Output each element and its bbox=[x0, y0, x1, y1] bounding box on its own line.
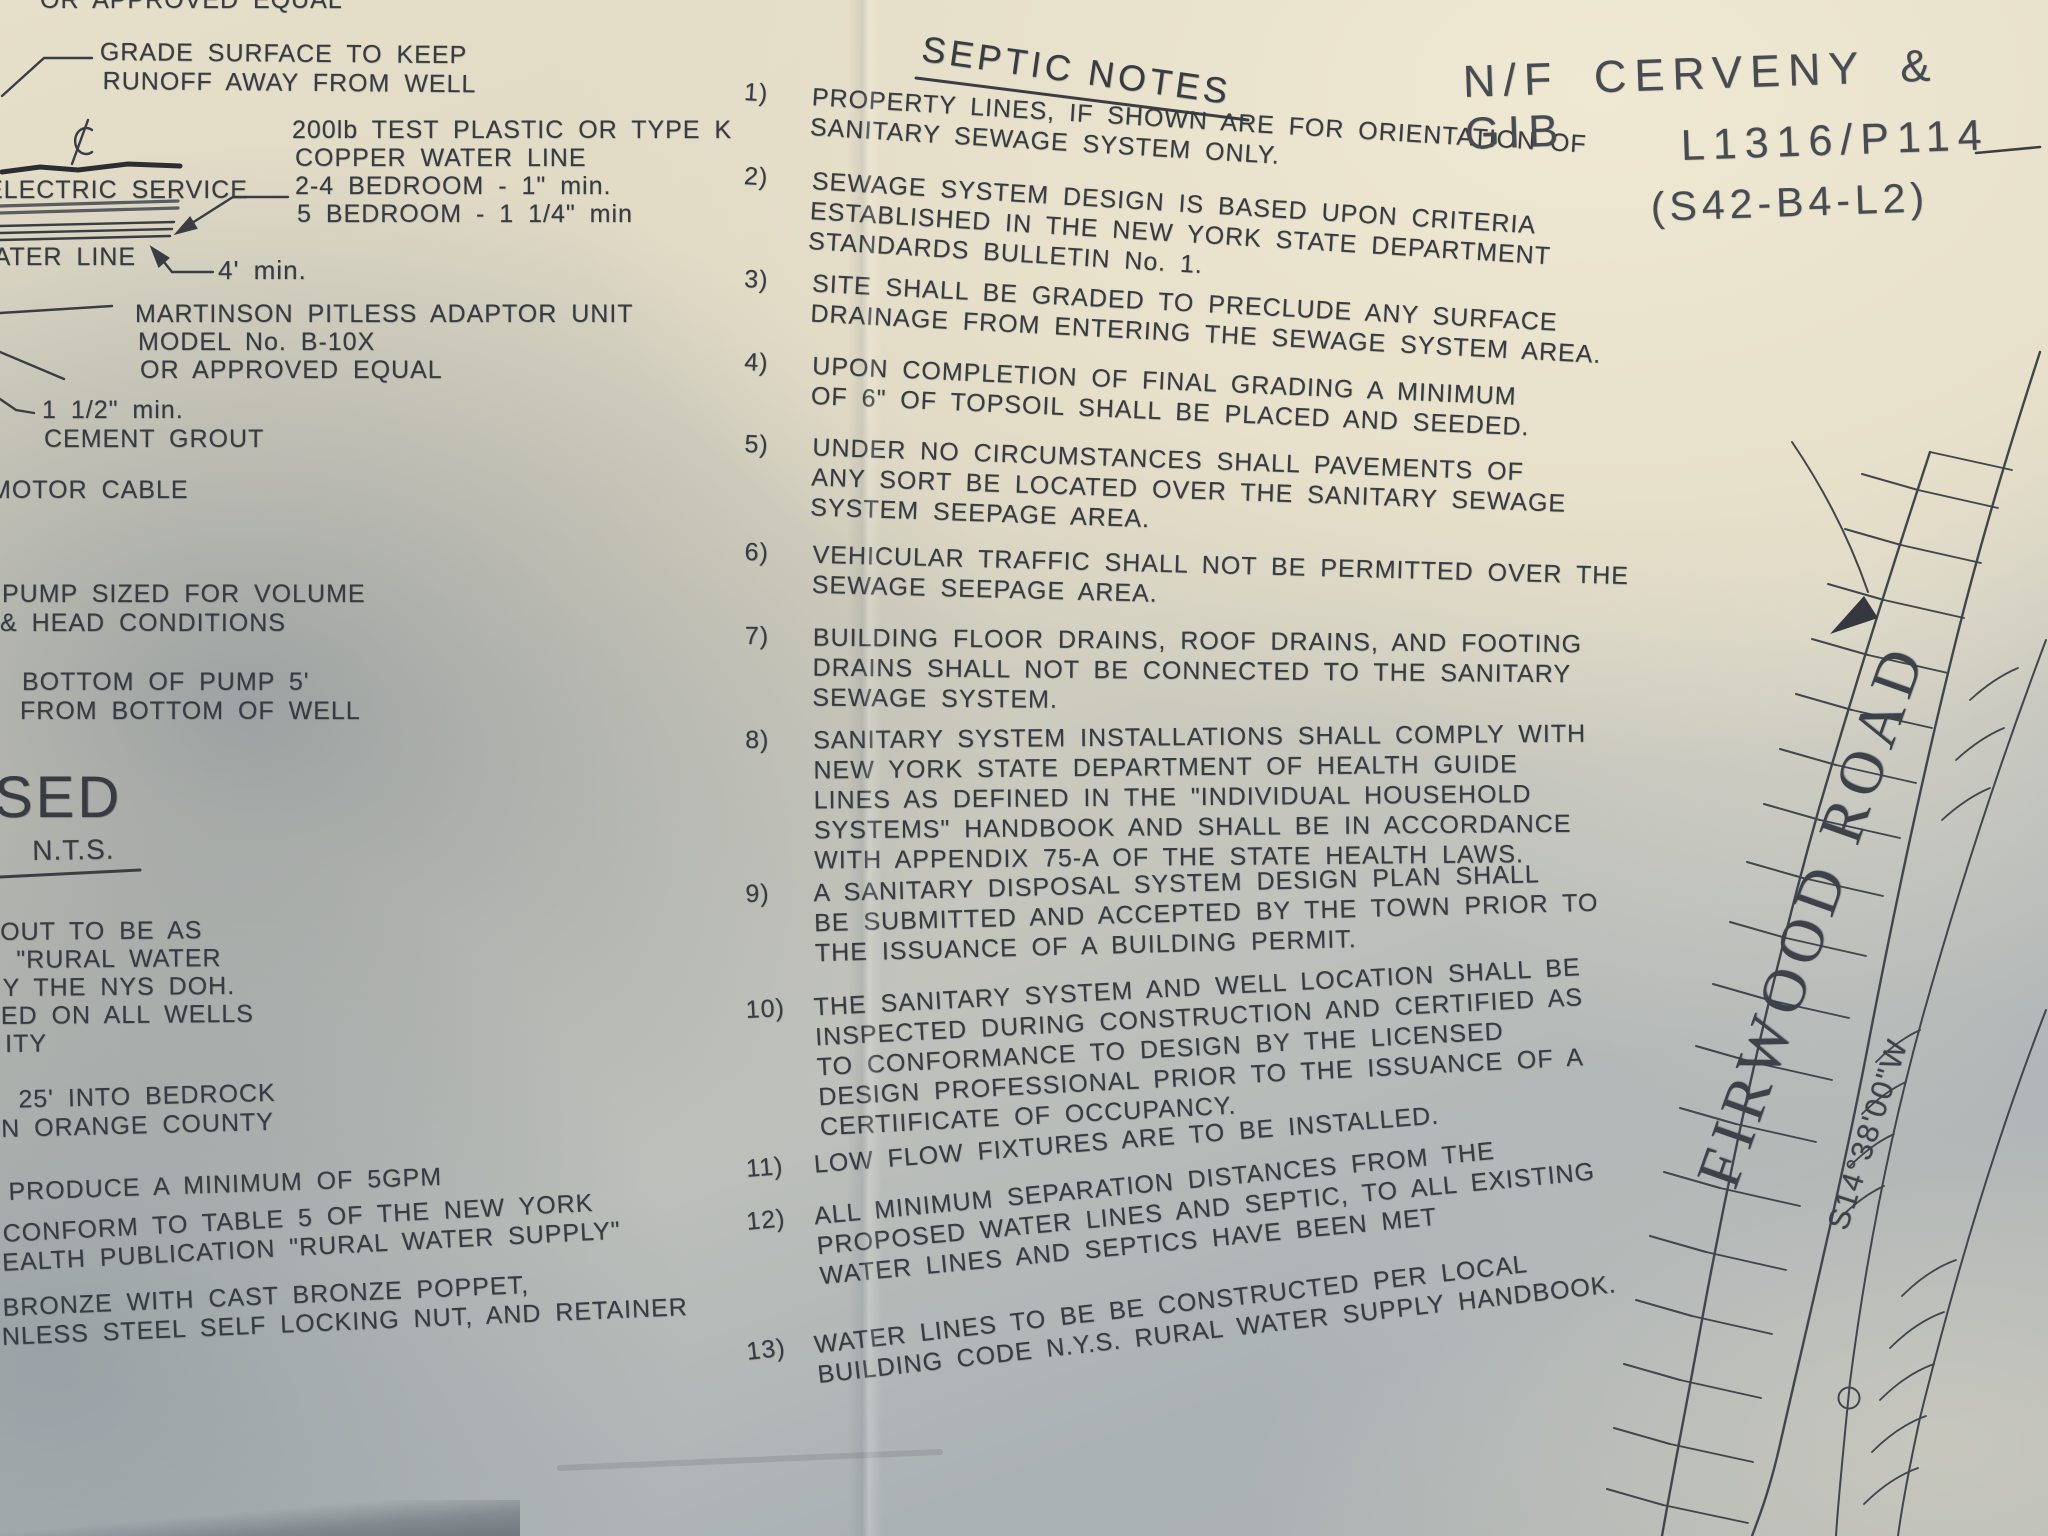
leader-arrowhead bbox=[177, 218, 196, 233]
note-number: 11) bbox=[745, 1152, 784, 1184]
utility-pole-symbol bbox=[1839, 1388, 1860, 1409]
ground-line bbox=[2, 164, 180, 172]
parcel-liber-page-label: L1316/P114 bbox=[1680, 111, 1990, 171]
leader-curve bbox=[1792, 442, 1868, 592]
adaptor-note: MARTINSON PITLESS ADAPTOR UNIT MODEL No.… bbox=[135, 300, 634, 384]
note-number: 1) bbox=[743, 78, 769, 108]
motor-cable-label: MOTOR CABLE bbox=[0, 476, 189, 505]
road-ladder-rungs bbox=[1663, 452, 2012, 1523]
parcel-lot-label: (S42-B4-L2) bbox=[1650, 174, 1930, 231]
page: { "well_detail_notes": { "top_fragment":… bbox=[0, 0, 2048, 1536]
detail-title-fragment: SED bbox=[0, 764, 122, 831]
centerline-symbol-icon bbox=[75, 128, 92, 154]
note-number: 6) bbox=[744, 538, 769, 568]
nts-underline bbox=[0, 870, 140, 877]
water-line-spec: 200lb TEST PLASTIC OR TYPE K COPPER WATE… bbox=[292, 116, 732, 228]
water-line-label: WATER LINE bbox=[0, 243, 136, 272]
paper-edge-shadow bbox=[0, 1500, 520, 1536]
note-number: 10) bbox=[745, 994, 786, 1025]
pump-note: PUMP SIZED FOR VOLUME & HEAD CONDITIONS bbox=[0, 580, 366, 638]
valve-fragment: BRONZE WITH CAST BRONZE POPPET, NLESS ST… bbox=[0, 1264, 688, 1352]
paper-crease bbox=[560, 1452, 940, 1468]
note-number: 12) bbox=[745, 1204, 787, 1237]
bedrock-fragment: 25' INTO BEDROCK N ORANGE COUNTY bbox=[0, 1079, 277, 1144]
note-number: 7) bbox=[745, 622, 769, 651]
top-cut-fragment: OR APPROVED EQUAL bbox=[40, 0, 343, 15]
note-number: 13) bbox=[745, 1334, 787, 1367]
note-number: 9) bbox=[745, 879, 770, 909]
road-arrowhead bbox=[1830, 596, 1878, 634]
depth-note: 4' min. bbox=[218, 256, 307, 285]
pump-bottom-note: BOTTOM OF PUMP 5' FROM BOTTOM OF WELL bbox=[22, 668, 361, 726]
road-name-label: FIRWOOD ROAD bbox=[1683, 633, 1940, 1197]
grout-note: 1 1/2" min. CEMENT GROUT bbox=[42, 396, 264, 454]
note-number: 4) bbox=[744, 348, 769, 378]
bearing-label: S14°38'00"W bbox=[1822, 1035, 1916, 1235]
leader-arrowhead bbox=[152, 248, 168, 266]
note-number: 2) bbox=[743, 162, 769, 192]
note-number: 5) bbox=[744, 430, 769, 460]
electric-service-label: ELECTRIC SERVICE bbox=[0, 176, 248, 205]
scale-label: N.T.S. bbox=[32, 835, 115, 865]
note-number: 3) bbox=[743, 265, 769, 295]
road-edge-line bbox=[1898, 1010, 2046, 1536]
grade-note: GRADE SURFACE TO KEEP RUNOFF AWAY FROM W… bbox=[99, 38, 476, 99]
cut-fragments: OUT TO BE AS "RURAL WATER Y THE NYS DOH.… bbox=[0, 916, 254, 1058]
note-number: 8) bbox=[745, 726, 769, 755]
paper-fold-crease bbox=[848, 0, 882, 1536]
